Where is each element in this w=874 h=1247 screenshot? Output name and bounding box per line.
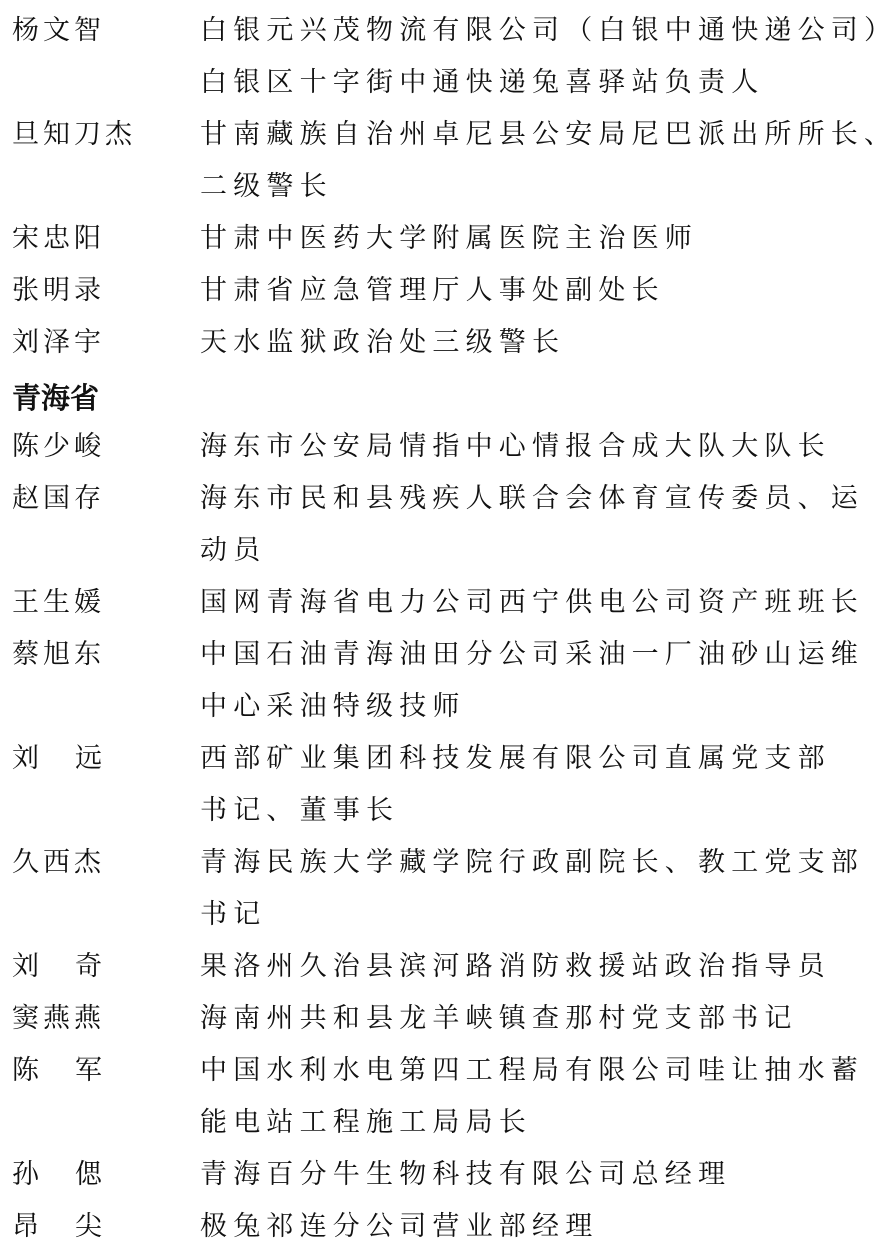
title-line: 甘肃中医药大学附属医院主治医师 [200, 213, 870, 265]
list-entry: 张明录 甘肃省应急管理厅人事处副处长 [0, 265, 874, 317]
list-entry: 陈军 中国水利水电第四工程局有限公司哇让抽水蓄 能电站工程施工局局长 [0, 1045, 874, 1149]
title-line: 西部矿业集团科技发展有限公司直属党支部 [200, 733, 870, 785]
person-name: 刘泽宇 [0, 317, 200, 369]
title-line: 果洛州久治县滨河路消防救援站政治指导员 [200, 941, 870, 993]
name-character: 远 [75, 733, 102, 785]
person-title: 白银元兴茂物流有限公司（白银中通快递公司） 白银区十字街中通快递兔喜驿站负责人 [200, 5, 870, 109]
list-entry: 赵国存 海东市民和县残疾人联合会体育宣传委员、运 动员 [0, 473, 874, 577]
name-character: 孙 [12, 1149, 39, 1201]
person-title: 海东市公安局情指中心情报合成大队大队长 [200, 421, 870, 473]
list-entry: 蔡旭东 中国石油青海油田分公司采油一厂油砂山运维 中心采油特级技师 [0, 629, 874, 733]
person-name: 刘奇 [0, 941, 200, 993]
list-entry: 陈少峻 海东市公安局情指中心情报合成大队大队长 [0, 421, 874, 473]
title-line: 海东市民和县残疾人联合会体育宣传委员、运 [200, 473, 870, 525]
person-name: 张明录 [0, 265, 200, 317]
person-name: 昂尖 [0, 1201, 200, 1247]
title-line: 动员 [200, 525, 870, 577]
person-name: 王生媛 [0, 577, 200, 629]
title-line: 中国石油青海油田分公司采油一厂油砂山运维 [200, 629, 870, 681]
title-line: 甘肃省应急管理厅人事处副处长 [200, 265, 870, 317]
title-line: 二级警长 [200, 161, 870, 213]
person-name: 刘远 [0, 733, 200, 785]
person-title: 果洛州久治县滨河路消防救援站政治指导员 [200, 941, 870, 993]
province-heading: 青海省 [0, 375, 874, 421]
person-name: 宋忠阳 [0, 213, 200, 265]
list-entry: 王生媛 国网青海省电力公司西宁供电公司资产班班长 [0, 577, 874, 629]
person-name: 旦知刀杰 [0, 109, 200, 161]
list-entry: 昂尖 极兔祁连分公司营业部经理 [0, 1201, 874, 1247]
person-title: 海南州共和县龙羊峡镇查那村党支部书记 [200, 993, 870, 1045]
person-title: 国网青海省电力公司西宁供电公司资产班班长 [200, 577, 870, 629]
list-entry: 宋忠阳 甘肃中医药大学附属医院主治医师 [0, 213, 874, 265]
title-line: 书记、董事长 [200, 785, 870, 837]
title-line: 天水监狱政治处三级警长 [200, 317, 870, 369]
title-line: 中国水利水电第四工程局有限公司哇让抽水蓄 [200, 1045, 870, 1097]
name-character: 军 [75, 1045, 102, 1097]
title-line: 白银元兴茂物流有限公司（白银中通快递公司） [200, 5, 870, 57]
title-line: 国网青海省电力公司西宁供电公司资产班班长 [200, 577, 870, 629]
person-title: 中国石油青海油田分公司采油一厂油砂山运维 中心采油特级技师 [200, 629, 870, 733]
title-line: 海东市公安局情指中心情报合成大队大队长 [200, 421, 870, 473]
list-entry: 刘远 西部矿业集团科技发展有限公司直属党支部 书记、董事长 [0, 733, 874, 837]
person-name: 陈军 [0, 1045, 200, 1097]
title-line: 能电站工程施工局局长 [200, 1097, 870, 1149]
person-title: 中国水利水电第四工程局有限公司哇让抽水蓄 能电站工程施工局局长 [200, 1045, 870, 1149]
name-character: 昂 [12, 1201, 39, 1247]
list-entry: 旦知刀杰 甘南藏族自治州卓尼县公安局尼巴派出所所长、 二级警长 [0, 109, 874, 213]
person-title: 西部矿业集团科技发展有限公司直属党支部 书记、董事长 [200, 733, 870, 837]
name-character: 偲 [75, 1149, 102, 1201]
person-title: 天水监狱政治处三级警长 [200, 317, 870, 369]
person-name: 赵国存 [0, 473, 200, 525]
list-entry: 久西杰 青海民族大学藏学院行政副院长、教工党支部 书记 [0, 837, 874, 941]
person-title: 极兔祁连分公司营业部经理 [200, 1201, 870, 1247]
title-line: 白银区十字街中通快递兔喜驿站负责人 [200, 57, 870, 109]
person-title: 甘肃省应急管理厅人事处副处长 [200, 265, 870, 317]
title-line: 海南州共和县龙羊峡镇查那村党支部书记 [200, 993, 870, 1045]
name-character: 尖 [75, 1201, 102, 1247]
person-name: 杨文智 [0, 5, 200, 57]
section-qinghai: 青海省 陈少峻 海东市公安局情指中心情报合成大队大队长 赵国存 海东市民和县残疾… [0, 375, 874, 1247]
person-name: 孙偲 [0, 1149, 200, 1201]
name-character: 刘 [12, 733, 39, 785]
list-entry: 窦燕燕 海南州共和县龙羊峡镇查那村党支部书记 [0, 993, 874, 1045]
name-character: 陈 [12, 1045, 39, 1097]
title-line: 甘南藏族自治州卓尼县公安局尼巴派出所所长、 [200, 109, 870, 161]
section-gansu-continued: 杨文智 白银元兴茂物流有限公司（白银中通快递公司） 白银区十字街中通快递兔喜驿站… [0, 5, 874, 369]
list-entry: 杨文智 白银元兴茂物流有限公司（白银中通快递公司） 白银区十字街中通快递兔喜驿站… [0, 5, 874, 109]
title-line: 中心采油特级技师 [200, 681, 870, 733]
person-name: 窦燕燕 [0, 993, 200, 1045]
name-list-document: 杨文智 白银元兴茂物流有限公司（白银中通快递公司） 白银区十字街中通快递兔喜驿站… [0, 0, 874, 1247]
name-character: 刘 [12, 941, 39, 993]
title-line: 极兔祁连分公司营业部经理 [200, 1201, 870, 1247]
title-line: 青海百分牛生物科技有限公司总经理 [200, 1149, 870, 1201]
list-entry: 刘泽宇 天水监狱政治处三级警长 [0, 317, 874, 369]
person-title: 海东市民和县残疾人联合会体育宣传委员、运 动员 [200, 473, 870, 577]
list-entry: 刘奇 果洛州久治县滨河路消防救援站政治指导员 [0, 941, 874, 993]
title-line: 青海民族大学藏学院行政副院长、教工党支部 [200, 837, 870, 889]
title-line: 书记 [200, 889, 870, 941]
person-title: 青海民族大学藏学院行政副院长、教工党支部 书记 [200, 837, 870, 941]
person-title: 青海百分牛生物科技有限公司总经理 [200, 1149, 870, 1201]
list-entry: 孙偲 青海百分牛生物科技有限公司总经理 [0, 1149, 874, 1201]
name-character: 奇 [75, 941, 102, 993]
person-name: 陈少峻 [0, 421, 200, 473]
person-name: 蔡旭东 [0, 629, 200, 681]
person-name: 久西杰 [0, 837, 200, 889]
person-title: 甘南藏族自治州卓尼县公安局尼巴派出所所长、 二级警长 [200, 109, 870, 213]
person-title: 甘肃中医药大学附属医院主治医师 [200, 213, 870, 265]
